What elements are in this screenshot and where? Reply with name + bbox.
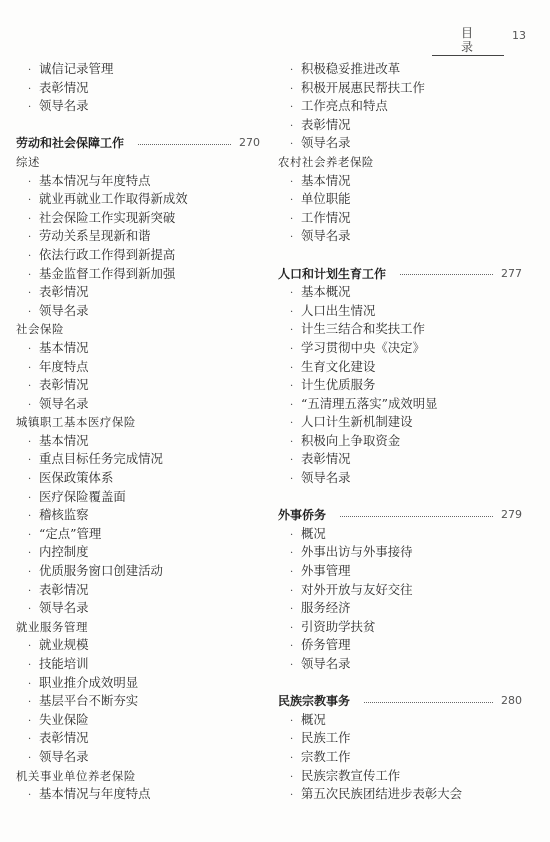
toc-item[interactable]: ·概况 xyxy=(278,525,522,544)
dot-leader xyxy=(400,274,493,275)
page-header: 目 录 13 xyxy=(432,26,542,46)
toc-item[interactable]: ·领导名录 xyxy=(16,599,260,618)
toc-item[interactable]: ·民族宗教宣传工作 xyxy=(278,767,522,786)
toc-item-label: 表彰情况 xyxy=(39,284,89,299)
toc-item-label: “定点”管理 xyxy=(39,526,101,541)
toc-item-label: 就业规模 xyxy=(39,637,89,652)
toc-item-label: 第五次民族团结进步表彰大会 xyxy=(301,786,462,801)
toc-item-label: 宗教工作 xyxy=(301,749,351,764)
bullet-icon: · xyxy=(290,787,301,806)
bullet-icon: · xyxy=(28,787,39,806)
toc-section-heading[interactable]: 城镇职工基本医疗保险 xyxy=(16,413,260,432)
toc-item-label: 职业推介成效明显 xyxy=(39,675,138,690)
toc-chapter-entry[interactable]: 劳动和社会保障工作270 xyxy=(16,134,260,153)
toc-item-label: 学习贯彻中央《决定》 xyxy=(301,340,425,355)
toc-item-label: 劳动关系呈现新和谐 xyxy=(39,228,151,243)
dot-leader xyxy=(138,144,231,145)
toc-item-label: 领导名录 xyxy=(301,228,351,243)
toc-item-label: 基层平台不断夯实 xyxy=(39,693,138,708)
bullet-icon: · xyxy=(28,99,39,118)
toc-item[interactable]: ·基层平台不断夯实 xyxy=(16,692,260,711)
dot-leader xyxy=(340,516,493,517)
spacer xyxy=(278,488,522,507)
toc-item-label: 表彰情况 xyxy=(39,377,89,392)
toc-item[interactable]: ·服务经济 xyxy=(278,599,522,618)
chapter-page-number: 270 xyxy=(239,134,260,153)
toc-item[interactable]: ·表彰情况 xyxy=(278,116,522,135)
toc-item-label: 概况 xyxy=(301,526,326,541)
toc-item[interactable]: ·外事管理 xyxy=(278,562,522,581)
toc-item-label: 生育文化建设 xyxy=(301,359,375,374)
toc-section-heading[interactable]: 社会保险 xyxy=(16,320,260,339)
toc-chapter-entry[interactable]: 外事侨务279 xyxy=(278,506,522,525)
toc-item-label: 基本情况 xyxy=(301,173,351,188)
toc-item-label: 概况 xyxy=(301,712,326,727)
toc-item[interactable]: ·概况 xyxy=(278,711,522,730)
chapter-page-number: 280 xyxy=(501,692,522,711)
toc-item-label: 诚信记录管理 xyxy=(39,61,113,76)
toc-item[interactable]: ·职业推介成效明显 xyxy=(16,674,260,693)
toc-item-label: 表彰情况 xyxy=(39,80,89,95)
toc-item[interactable]: ·领导名录 xyxy=(278,227,522,246)
spacer xyxy=(278,674,522,693)
toc-item-label: 领导名录 xyxy=(39,396,89,411)
toc-item[interactable]: ·就业规模 xyxy=(16,636,260,655)
toc-item-label: 领导名录 xyxy=(39,98,89,113)
toc-item[interactable]: ·第五次民族团结进步表彰大会 xyxy=(278,785,522,804)
toc-item-label: 医疗保险覆盖面 xyxy=(39,489,126,504)
toc-item-label: 计生优质服务 xyxy=(301,377,375,392)
toc-item-label: 领导名录 xyxy=(39,303,89,318)
toc-item-label: 表彰情况 xyxy=(301,117,351,132)
toc-item-label: 社会保险工作实现新突破 xyxy=(39,210,175,225)
toc-item[interactable]: ·学习贯彻中央《决定》 xyxy=(278,339,522,358)
toc-item-label: 积极向上争取资金 xyxy=(301,433,400,448)
toc-item[interactable]: ·“定点”管理 xyxy=(16,525,260,544)
toc-item[interactable]: ·基本情况 xyxy=(278,172,522,191)
toc-chapter-entry[interactable]: 民族宗教事务280 xyxy=(278,692,522,711)
toc-item[interactable]: ·人口计生新机制建设 xyxy=(278,413,522,432)
chapter-title: 人口和计划生育工作 xyxy=(278,265,386,284)
toc-item-label: 积极稳妥推进改革 xyxy=(301,61,400,76)
toc-item-label: 基本情况 xyxy=(39,340,89,355)
spacer xyxy=(278,246,522,265)
toc-item-label: 领导名录 xyxy=(39,600,89,615)
toc-item[interactable]: ·单位职能 xyxy=(278,190,522,209)
bullet-icon: · xyxy=(290,229,301,248)
toc-item[interactable]: ·“五清理五落实”成效明显 xyxy=(278,395,522,414)
spacer xyxy=(16,116,260,135)
toc-item-label: 计生三结合和奖扶工作 xyxy=(301,321,425,336)
toc-item[interactable]: ·表彰情况 xyxy=(16,376,260,395)
toc-item-label: 对外开放与友好交往 xyxy=(301,582,413,597)
toc-item[interactable]: ·基本情况与年度特点 xyxy=(16,172,260,191)
toc-left-column: ·诚信记录管理·表彰情况·领导名录劳动和社会保障工作270综述·基本情况与年度特… xyxy=(16,60,260,804)
toc-item-label: 侨务管理 xyxy=(301,637,351,652)
toc-item-label: 基本情况与年度特点 xyxy=(39,786,151,801)
toc-item[interactable]: ·对外开放与友好交往 xyxy=(278,581,522,600)
toc-item[interactable]: ·表彰情况 xyxy=(278,450,522,469)
toc-item[interactable]: ·就业再就业工作取得新成效 xyxy=(16,190,260,209)
toc-item-label: 重点目标任务完成情况 xyxy=(39,451,163,466)
chapter-page-number: 279 xyxy=(501,506,522,525)
toc-item-label: 领导名录 xyxy=(301,470,351,485)
toc-item-label: 医保政策体系 xyxy=(39,470,113,485)
toc-item[interactable]: ·优质服务窗口创建活动 xyxy=(16,562,260,581)
toc-item[interactable]: ·基本概况 xyxy=(278,283,522,302)
toc-item[interactable]: ·计生三结合和奖扶工作 xyxy=(278,320,522,339)
toc-item-label: 依法行政工作得到新提高 xyxy=(39,247,175,262)
toc-item[interactable]: ·稽核监察 xyxy=(16,506,260,525)
toc-item[interactable]: ·计生优质服务 xyxy=(278,376,522,395)
toc-item-label: 民族宗教宣传工作 xyxy=(301,768,400,783)
toc-item-label: 引资助学扶贫 xyxy=(301,619,375,634)
toc-item[interactable]: ·表彰情况 xyxy=(16,729,260,748)
toc-item-label: 就业再就业工作取得新成效 xyxy=(39,191,188,206)
toc-item-label: 工作情况 xyxy=(301,210,351,225)
toc-item[interactable]: ·外事出访与外事接待 xyxy=(278,543,522,562)
toc-item[interactable]: ·积极开展惠民帮扶工作 xyxy=(278,79,522,98)
toc-item[interactable]: ·积极稳妥推进改革 xyxy=(278,60,522,79)
toc-item-label: 表彰情况 xyxy=(301,451,351,466)
page-number: 13 xyxy=(512,29,526,42)
chapter-title: 外事侨务 xyxy=(278,506,326,525)
toc-item[interactable]: ·领导名录 xyxy=(278,655,522,674)
toc-item[interactable]: ·医疗保险覆盖面 xyxy=(16,488,260,507)
toc-item-label: 表彰情况 xyxy=(39,582,89,597)
toc-item[interactable]: ·积极向上争取资金 xyxy=(278,432,522,451)
toc-item-label: 民族工作 xyxy=(301,730,351,745)
toc-item-label: 人口计生新机制建设 xyxy=(301,414,413,429)
toc-item-label: 基本概况 xyxy=(301,284,351,299)
toc-item-label: 优质服务窗口创建活动 xyxy=(39,563,163,578)
toc-item-label: 稽核监察 xyxy=(39,507,89,522)
toc-item[interactable]: ·技能培训 xyxy=(16,655,260,674)
toc-item-label: 工作亮点和特点 xyxy=(301,98,388,113)
toc-item-label: 失业保险 xyxy=(39,712,89,727)
toc-item[interactable]: ·领导名录 xyxy=(16,748,260,767)
toc-item-label: 服务经济 xyxy=(301,600,351,615)
toc-item[interactable]: ·表彰情况 xyxy=(16,581,260,600)
toc-chapter-entry[interactable]: 人口和计划生育工作277 xyxy=(278,265,522,284)
toc-item-label: 单位职能 xyxy=(301,191,351,206)
toc-item-label: 领导名录 xyxy=(39,749,89,764)
toc-item[interactable]: ·劳动关系呈现新和谐 xyxy=(16,227,260,246)
toc-item[interactable]: ·失业保险 xyxy=(16,711,260,730)
toc-item[interactable]: ·领导名录 xyxy=(16,395,260,414)
toc-item-label: 积极开展惠民帮扶工作 xyxy=(301,80,425,95)
toc-item-label: 领导名录 xyxy=(301,656,351,671)
toc-item-label: 技能培训 xyxy=(39,656,89,671)
toc-item[interactable]: ·民族工作 xyxy=(278,729,522,748)
toc-item-label: 基本情况与年度特点 xyxy=(39,173,151,188)
toc-item-label: 年度特点 xyxy=(39,359,89,374)
toc-item[interactable]: ·诚信记录管理 xyxy=(16,60,260,79)
toc-item-label: 基本情况 xyxy=(39,433,89,448)
toc-item-label: 外事管理 xyxy=(301,563,351,578)
toc-item[interactable]: ·基本情况 xyxy=(16,432,260,451)
toc-item-label: 内控制度 xyxy=(39,544,89,559)
toc-item[interactable]: ·宗教工作 xyxy=(278,748,522,767)
toc-item[interactable]: ·年度特点 xyxy=(16,358,260,377)
toc-item-label: “五清理五落实”成效明显 xyxy=(301,396,438,411)
toc-item[interactable]: ·内控制度 xyxy=(16,543,260,562)
toc-item-label: 表彰情况 xyxy=(39,730,89,745)
toc-item[interactable]: ·生育文化建设 xyxy=(278,358,522,377)
toc-item-label: 人口出生情况 xyxy=(301,303,375,318)
toc-item[interactable]: ·依法行政工作得到新提高 xyxy=(16,246,260,265)
toc-item[interactable]: ·领导名录 xyxy=(278,469,522,488)
toc-item[interactable]: ·重点目标任务完成情况 xyxy=(16,450,260,469)
toc-item[interactable]: ·基本情况 xyxy=(16,339,260,358)
toc-section-heading[interactable]: 农村社会养老保险 xyxy=(278,153,522,172)
toc-item[interactable]: ·工作情况 xyxy=(278,209,522,228)
toc-item-label: 领导名录 xyxy=(301,135,351,150)
toc-item[interactable]: ·表彰情况 xyxy=(16,283,260,302)
toc-section-heading[interactable]: 就业服务管理 xyxy=(16,618,260,637)
toc-right-column: ·积极稳妥推进改革·积极开展惠民帮扶工作·工作亮点和特点·表彰情况·领导名录农村… xyxy=(278,60,522,804)
toc-item[interactable]: ·领导名录 xyxy=(278,134,522,153)
bullet-icon: · xyxy=(290,471,301,490)
toc-item[interactable]: ·领导名录 xyxy=(16,302,260,321)
toc-item-label: 基金监督工作得到新加强 xyxy=(39,266,175,281)
toc-item[interactable]: ·社会保险工作实现新突破 xyxy=(16,209,260,228)
toc-section-heading[interactable]: 机关事业单位养老保险 xyxy=(16,767,260,786)
bullet-icon: · xyxy=(290,657,301,676)
dot-leader xyxy=(364,702,493,703)
header-title: 目 录 xyxy=(432,26,504,56)
toc-item[interactable]: ·侨务管理 xyxy=(278,636,522,655)
toc-item[interactable]: ·表彰情况 xyxy=(16,79,260,98)
toc-item-label: 外事出访与外事接待 xyxy=(301,544,413,559)
toc-item[interactable]: ·基金监督工作得到新加强 xyxy=(16,265,260,284)
toc-item[interactable]: ·工作亮点和特点 xyxy=(278,97,522,116)
toc-item[interactable]: ·医保政策体系 xyxy=(16,469,260,488)
toc-item[interactable]: ·引资助学扶贫 xyxy=(278,618,522,637)
toc-item[interactable]: ·领导名录 xyxy=(16,97,260,116)
toc-section-heading[interactable]: 综述 xyxy=(16,153,260,172)
toc-item[interactable]: ·人口出生情况 xyxy=(278,302,522,321)
chapter-page-number: 277 xyxy=(501,265,522,284)
chapter-title: 民族宗教事务 xyxy=(278,692,350,711)
chapter-title: 劳动和社会保障工作 xyxy=(16,134,124,153)
toc-item[interactable]: ·基本情况与年度特点 xyxy=(16,785,260,804)
